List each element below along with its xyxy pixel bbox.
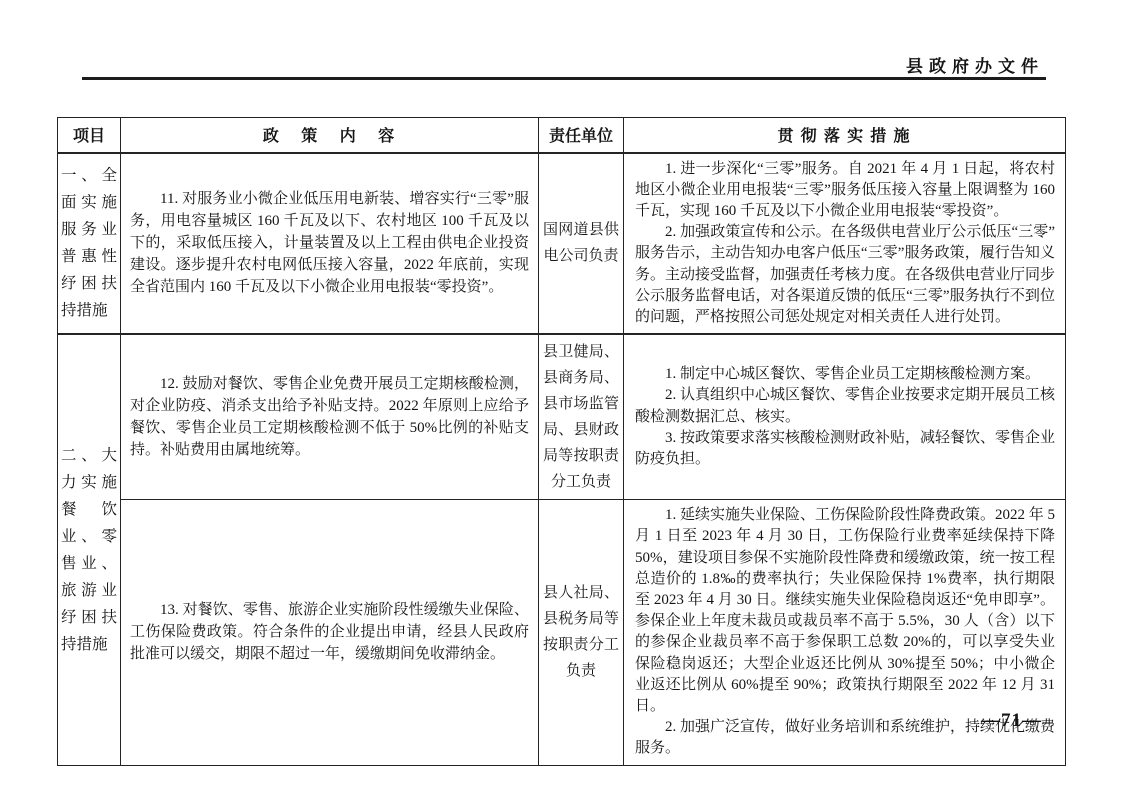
header-rule: [82, 77, 1046, 80]
column-header-measures: 贯彻落实措施: [624, 118, 1066, 153]
measure-paragraph: 1. 延续实施失业保险、工伤保险阶段性降费政策。2022 年 5 月 1 日至 …: [635, 505, 1055, 717]
unit-cell-11: 国网道县供电公司负责: [539, 153, 624, 335]
measure-paragraph: 1. 进一步深化“三零”服务。自 2021 年 4 月 1 日起，将农村地区小微…: [635, 159, 1055, 223]
measure-paragraph: 3. 按政策要求落实核酸检测财政补贴，减轻餐饮、零售企业防疫负担。: [635, 428, 1055, 470]
unit-cell-12: 县卫健局、县商务局、县市场监管局、县财政局等按职责分工负责: [539, 334, 624, 500]
table-row-policy-11: 一、全面实施服务业普惠性纾困扶持措施 11. 对服务业小微企业低压用电新装、增容…: [58, 153, 1066, 335]
measures-cell-12: 1. 制定中心城区餐饮、零售企业员工定期核酸检测方案。 2. 认真组织中心城区餐…: [624, 334, 1066, 500]
column-header-unit: 责任单位: [539, 118, 624, 153]
policy-cell-11: 11. 对服务业小微企业低压用电新装、增容实行“三零”服务，用电容量城区 160…: [121, 153, 539, 335]
measures-cell-11: 1. 进一步深化“三零”服务。自 2021 年 4 月 1 日起，将农村地区小微…: [624, 153, 1066, 335]
measure-paragraph: 2. 认真组织中心城区餐饮、零售企业按要求定期开展员工核酸检测数据汇总、核实。: [635, 385, 1055, 427]
column-header-item: 项目: [58, 118, 121, 153]
policy-cell-12: 12. 鼓励对餐饮、零售企业免费开展员工定期核酸检测，对企业防疫、消杀支出给予补…: [121, 334, 539, 500]
policy-text-12: 12. 鼓励对餐饮、零售企业免费开展员工定期核酸检测，对企业防疫、消杀支出给予补…: [130, 373, 529, 461]
column-header-policy: 政策内容: [121, 118, 539, 153]
table-header-row: 项目 政策内容 责任单位 贯彻落实措施: [58, 118, 1066, 153]
item-cell-section-1: 一、全面实施服务业普惠性纾困扶持措施: [58, 153, 121, 335]
policy-table: 项目 政策内容 责任单位 贯彻落实措施 一、全面实施服务业普惠性纾困扶持措施 1…: [57, 117, 1066, 766]
policy-text-11: 11. 对服务业小微企业低压用电新装、增容实行“三零”服务，用电容量城区 160…: [130, 188, 529, 298]
measure-paragraph: 2. 加强政策宣传和公示。在各级供电营业厅公示低压“三零”服务告示，主动告知办电…: [635, 222, 1055, 328]
document-page: 县政府办文件 项目 政策内容 责任单位 贯彻落实措施 一、全面实施服务业普惠性纾…: [0, 0, 1122, 793]
item-cell-section-2: 二、大力实施餐饮业、零售业、旅游业纾困扶持措施: [58, 334, 121, 765]
table-row-policy-12: 二、大力实施餐饮业、零售业、旅游业纾困扶持措施 12. 鼓励对餐饮、零售企业免费…: [58, 334, 1066, 500]
policy-cell-13: 13. 对餐饮、零售、旅游企业实施阶段性缓缴失业保险、工伤保险费政策。符合条件的…: [121, 500, 539, 765]
policy-text-13: 13. 对餐饮、零售、旅游企业实施阶段性缓缴失业保险、工伤保险费政策。符合条件的…: [130, 599, 529, 665]
measure-paragraph: 1. 制定中心城区餐饮、零售企业员工定期核酸检测方案。: [635, 364, 1055, 385]
unit-cell-13: 县人社局、县税务局等按职责分工负责: [539, 500, 624, 765]
page-number: —71—: [981, 710, 1042, 732]
header-title: 县政府办文件: [906, 52, 1044, 77]
table-row-policy-13: 13. 对餐饮、零售、旅游企业实施阶段性缓缴失业保险、工伤保险费政策。符合条件的…: [58, 500, 1066, 765]
